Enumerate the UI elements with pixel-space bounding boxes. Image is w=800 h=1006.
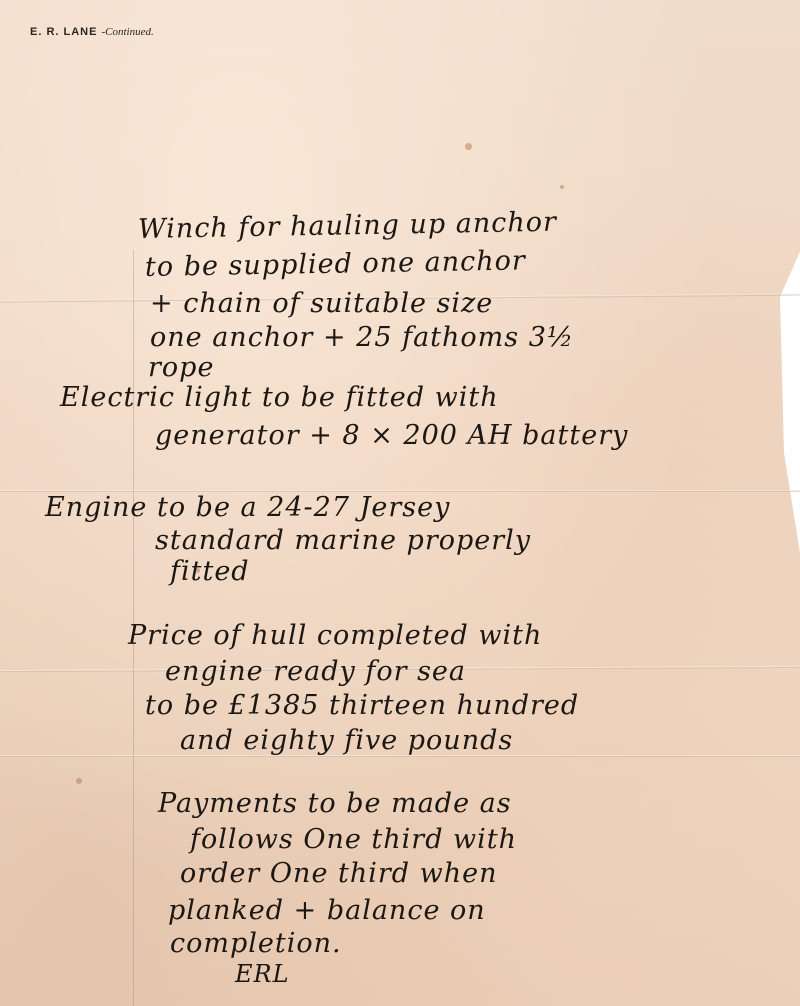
handwritten-line: generator + 8 × 200 AH battery: [155, 420, 628, 451]
stain-spot: [465, 143, 472, 150]
handwritten-line: standard marine properly: [155, 525, 531, 556]
handwritten-line: one anchor + 25 fathoms 3½: [150, 322, 574, 353]
handwritten-line: engine ready for sea: [165, 656, 466, 687]
signature: ERL: [235, 960, 290, 988]
handwritten-line: Price of hull completed with: [128, 620, 542, 651]
handwritten-line: Electric light to be fitted with: [60, 382, 499, 413]
handwritten-line: order One third when: [180, 858, 498, 889]
handwritten-line: + chain of suitable size: [150, 288, 493, 319]
handwritten-line: follows One third with: [190, 824, 517, 855]
handwritten-line: rope: [148, 352, 214, 383]
handwritten-line: fitted: [170, 556, 250, 587]
handwritten-line: completion.: [170, 928, 342, 959]
letterhead: E. R. LANE-Continued.: [30, 26, 154, 38]
letterhead-name: E. R. LANE: [30, 26, 97, 38]
handwritten-line: to be supplied one anchor: [145, 245, 526, 283]
handwritten-line: Engine to be a 24-27 Jersey: [45, 492, 450, 523]
stain-spot: [76, 778, 82, 784]
handwritten-line: Payments to be made as: [158, 788, 512, 819]
handwritten-line: planked + balance on: [168, 895, 486, 926]
stain-spot: [560, 185, 564, 189]
letterhead-continued: -Continued.: [101, 26, 153, 38]
handwritten-line: to be £1385 thirteen hundred: [145, 690, 579, 721]
handwritten-line: and eighty five pounds: [180, 725, 513, 756]
